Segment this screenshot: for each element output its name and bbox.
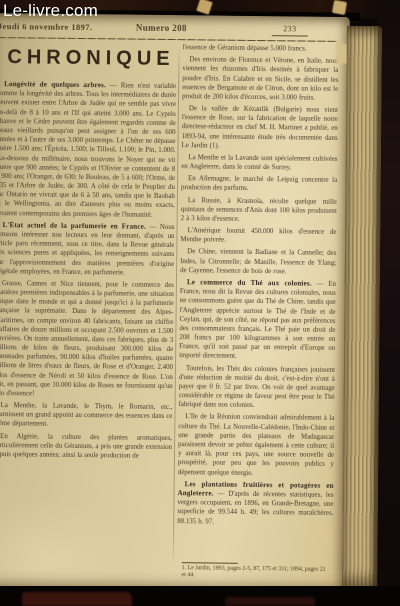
paragraph-iris: Des environs de Florence et Vérone, en I… [182,55,339,103]
folio-value: 233 [283,24,296,33]
folio-rule [272,35,308,36]
fore-edge-top-chip [332,0,347,15]
footnote-rule [182,562,238,564]
article-the-colonies-text: — En France, nous dit la Revue des cultu… [179,281,336,361]
paragraph-amerique: L'Amérique fournit 450.000 kilos d'essen… [180,226,336,246]
paragraph-menthe: La Menthe, la Lavande, le Thym, le Romar… [0,401,173,431]
article-parfumerie: L'État actuel de la parfumerie en France… [0,221,175,278]
paragraph-reduction: Toutefois, les Thés des colonies françai… [179,364,336,412]
watermark: Le-livre.com [3,1,98,21]
chronique-heading: CHRONIQUE [5,46,176,71]
paragraph-algerie: En Algérie, la culture des plantes aroma… [0,432,172,462]
issue-date: Jeudi 6 novembre 1897. [0,21,136,33]
text-columns: CHRONIQUE Longévité de quelques arbres. … [0,41,342,569]
paragraph-chine: De Chine, viennent la Badiane et la Cann… [180,248,336,277]
article-longevite-text: — Rien n'est variable comme la longévité… [0,82,176,218]
newspaper-page: Jeudi 6 novembre 1897. Numero 208 233 CH… [0,13,350,592]
article-parfumerie-text: — Nous pensons intéresser nos lecteurs e… [0,223,175,276]
article-the-colonies: Le commerce du Thé aux colonies. — En Fr… [179,278,336,362]
paragraph-surrey: La Menthe et la Lavande sont spécialemen… [181,153,337,173]
right-column: l'essence de Géranium dépasse 5.000 fran… [177,43,342,569]
paragraph-grasse: Grasse, Cannes et Nice tiennent, pour le… [0,279,174,400]
article-plantations: Les plantations fruitières et potagères … [177,480,334,528]
article-longevite: Longévité de quelques arbres. — Rien n'e… [0,80,176,220]
page-header: Jeudi 6 novembre 1897. Numero 208 233 [0,21,342,37]
paragraph-allemagne: En Allemagne, le marché de Leipzig conce… [181,174,337,194]
bottom-red-patch-small [225,597,315,606]
issue-number: Numero 208 [136,23,256,34]
paragraph-kezanlik: De la vallée de Kézanlik (Bulgarie) nous… [181,104,338,152]
article-parfumerie-title: L'État actuel de la parfumerie en France… [3,221,146,231]
article-the-colonies-title: Le commerce du Thé aux colonies. [187,278,312,287]
book-photo: Jeudi 6 novembre 1897. Numero 208 233 CH… [0,0,400,606]
paragraph-reunion: L'île de la Réunion conviendrait admirab… [178,413,335,479]
bottom-red-patch [22,592,132,606]
book-fore-edge [342,26,382,588]
article-longevite-title: Longévité de quelques arbres. [4,80,106,89]
page-content: Jeudi 6 novembre 1897. Numero 208 233 CH… [0,13,350,592]
paragraph-russie: La Russie, à Krasnoïa, récolte quelque m… [181,196,337,225]
footnote-text: 1. Le Jardin, 1893, pages 2-5, 87, 175 e… [182,565,326,579]
folio-number: 233 [272,24,308,36]
paragraph-geranium: l'essence de Géranium dépasse 5.000 fran… [183,43,339,54]
footnote: 1. Le Jardin, 1893, pages 2-5, 87, 175 e… [182,562,326,582]
left-column: CHRONIQUE Longévité de quelques arbres. … [0,41,177,567]
